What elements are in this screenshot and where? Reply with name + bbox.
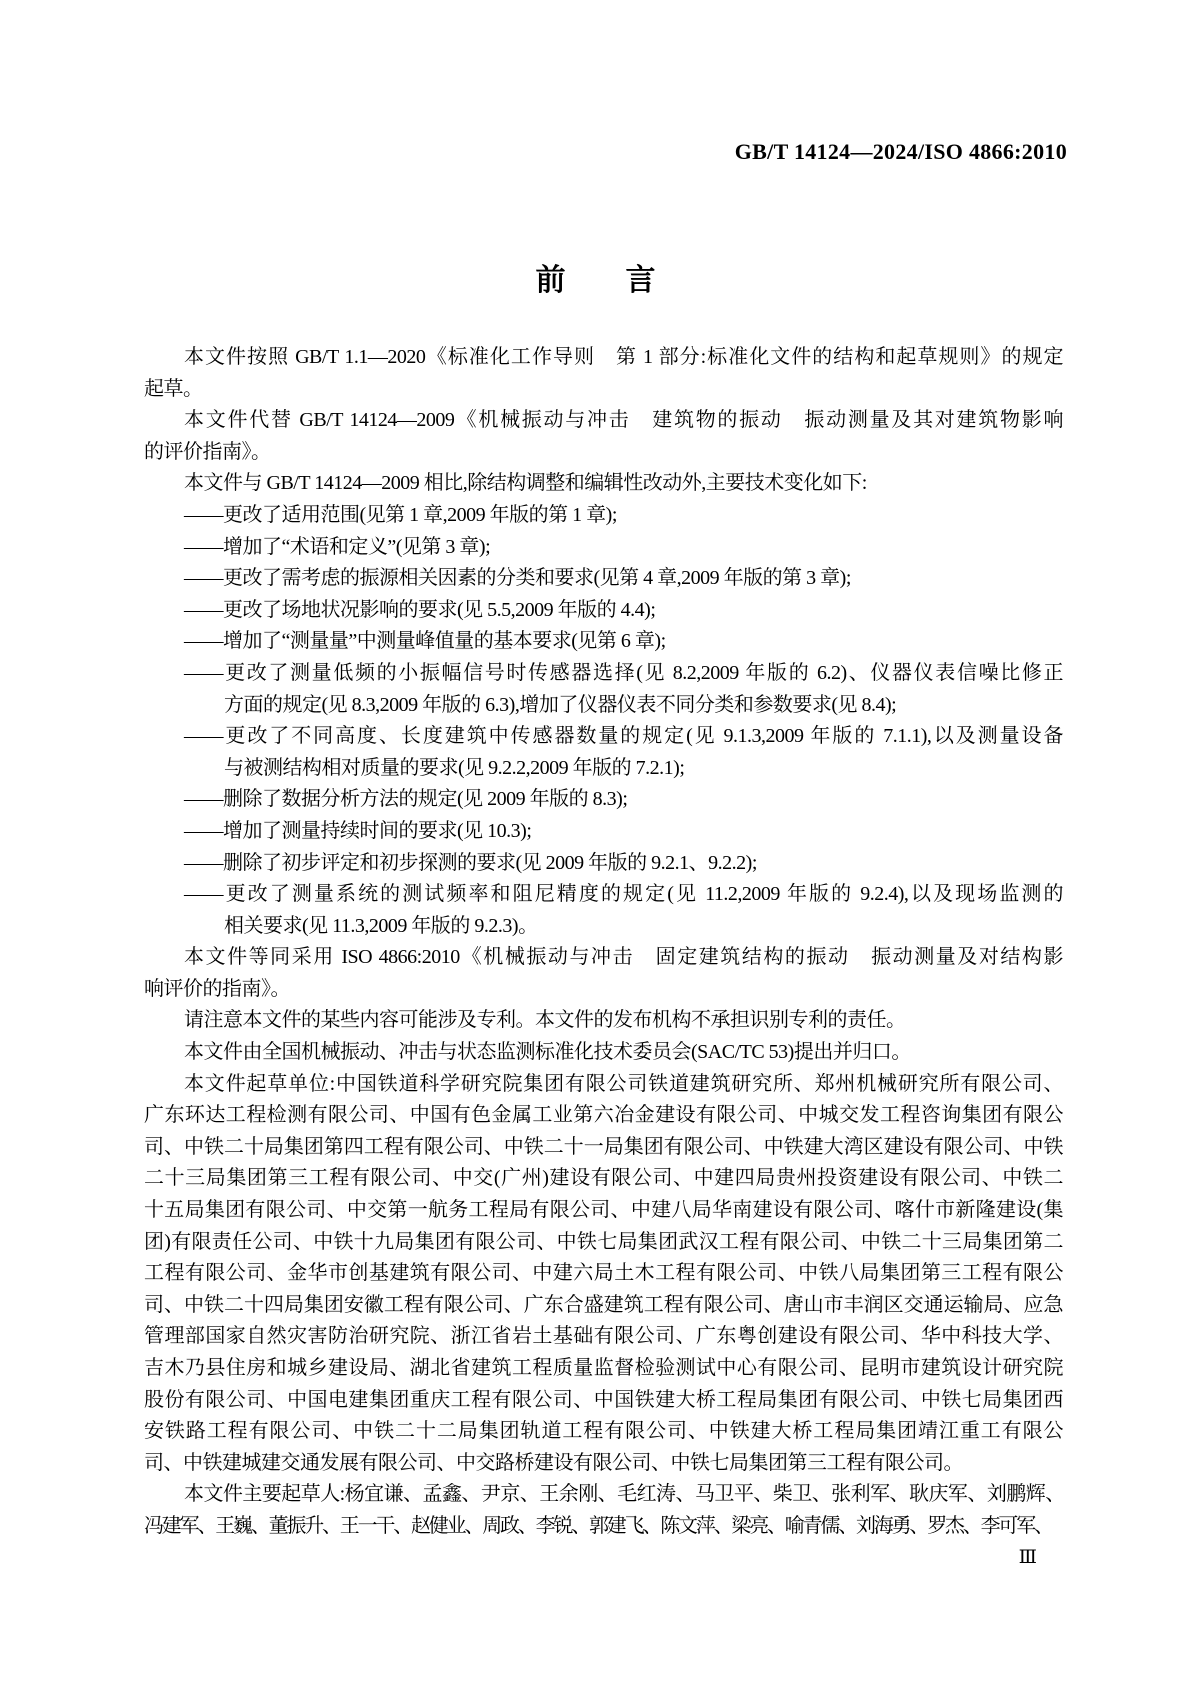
text-line: 团)有限责任公司、中铁十九局集团有限公司、中铁七局集团武汉工程有限公司、中铁二十… [144,1227,1063,1259]
change-list-item-continued: 与被测结构相对质量的要求(见 9.2.2,2009 年版的 7.2.1); [144,753,1063,785]
text-line: 广东环达工程检测有限公司、中国有色金属工业第六冶金建设有限公司、中城交发工程咨询… [144,1100,1063,1132]
text-line: 响评价的指南》。 [144,974,1063,1006]
document-page: GB/T 14124—2024/ISO 4866:2010 前 言 本文件按照 … [0,0,1191,1685]
page-title: 前 言 [0,264,1191,298]
change-list-item: ——更改了不同高度、长度建筑中传感器数量的规定(见 9.1.3,2009 年版的… [144,721,1063,753]
text-line: 本文件起草单位:中国铁道科学研究院集团有限公司铁道建筑研究所、郑州机械研究所有限… [144,1069,1063,1101]
text-line: 司、中铁二十局集团第四工程有限公司、中铁二十一局集团有限公司、中铁建大湾区建设有… [144,1132,1063,1164]
change-list-item: ——更改了测量低频的小振幅信号时传感器选择(见 8.2,2009 年版的 6.2… [144,658,1063,690]
text-line: 股份有限公司、中国电建集团重庆工程有限公司、中国铁建大桥工程局集团有限公司、中铁… [144,1385,1063,1417]
text-line: 本文件与 GB/T 14124—2009 相比,除结构调整和编辑性改动外,主要技… [144,468,1063,500]
change-list-item: ——删除了初步评定和初步探测的要求(见 2009 年版的 9.2.1、9.2.2… [144,848,1063,880]
text-line: 工程有限公司、金华市创基建筑有限公司、中建六局土木工程有限公司、中铁八局集团第三… [144,1258,1063,1290]
change-list-item: ——增加了测量持续时间的要求(见 10.3); [144,816,1063,848]
change-list-item: ——增加了“测量量”中测量峰值量的基本要求(见第 6 章); [144,626,1063,658]
text-line: 请注意本文件的某些内容可能涉及专利。本文件的发布机构不承担识别专利的责任。 [144,1005,1063,1037]
change-list-item: ——更改了需考虑的振源相关因素的分类和要求(见第 4 章,2009 年版的第 3… [144,563,1063,595]
text-line: 本文件代替 GB/T 14124—2009《机械振动与冲击 建筑物的振动 振动测… [144,405,1063,437]
text-line: 本文件由全国机械振动、冲击与状态监测标准化技术委员会(SAC/TC 53)提出并… [144,1037,1063,1069]
text-line: 起草。 [144,374,1063,406]
change-list-item-continued: 方面的规定(见 8.3,2009 年版的 6.3),增加了仪器仪表不同分类和参数… [144,690,1063,722]
text-line: 吉木乃县住房和城乡建设局、湖北省建筑工程质量监督检验测试中心有限公司、昆明市建筑… [144,1353,1063,1385]
text-line: 冯建军、王巍、董振升、王一干、赵健业、周政、李锐、郭建飞、陈文萍、梁亮、喻青儒、… [144,1511,1063,1543]
page-number: Ⅲ [1019,1546,1037,1569]
text-line: 司、中铁二十四局集团安徽工程有限公司、广东合盛建筑工程有限公司、唐山市丰润区交通… [144,1290,1063,1322]
foreword-body: 本文件按照 GB/T 1.1—2020《标准化工作导则 第 1 部分:标准化文件… [144,342,1063,1543]
text-line: 司、中铁建城建交通发展有限公司、中交路桥建设有限公司、中铁七局集团第三工程有限公… [144,1448,1063,1480]
text-line: 十五局集团有限公司、中交第一航务工程局有限公司、中建八局华南建设有限公司、喀什市… [144,1195,1063,1227]
change-list-item: ——增加了“术语和定义”(见第 3 章); [144,532,1063,564]
text-line: 管理部国家自然灾害防治研究院、浙江省岩土基础有限公司、广东粤创建设有限公司、华中… [144,1321,1063,1353]
text-line: 的评价指南》。 [144,437,1063,469]
change-list-item: ——更改了适用范围(见第 1 章,2009 年版的第 1 章); [144,500,1063,532]
change-list-item: ——更改了测量系统的测试频率和阻尼精度的规定(见 11.2,2009 年版的 9… [144,879,1063,911]
text-line: 二十三局集团第三工程有限公司、中交(广州)建设有限公司、中建四局贵州投资建设有限… [144,1163,1063,1195]
text-line: 本文件主要起草人:杨宜谦、孟鑫、尹京、王余刚、毛红涛、马卫平、柴卫、张利军、耿庆… [144,1479,1063,1511]
text-line: 本文件按照 GB/T 1.1—2020《标准化工作导则 第 1 部分:标准化文件… [144,342,1063,374]
text-line: 安铁路工程有限公司、中铁二十二局集团轨道工程有限公司、中铁建大桥工程局集团靖江重… [144,1416,1063,1448]
change-list-item: ——删除了数据分析方法的规定(见 2009 年版的 8.3); [144,784,1063,816]
text-line: 本文件等同采用 ISO 4866:2010《机械振动与冲击 固定建筑结构的振动 … [144,942,1063,974]
change-list-item-continued: 相关要求(见 11.3,2009 年版的 9.2.3)。 [144,911,1063,943]
standard-code: GB/T 14124—2024/ISO 4866:2010 [735,139,1067,165]
change-list-item: ——更改了场地状况影响的要求(见 5.5,2009 年版的 4.4); [144,595,1063,627]
